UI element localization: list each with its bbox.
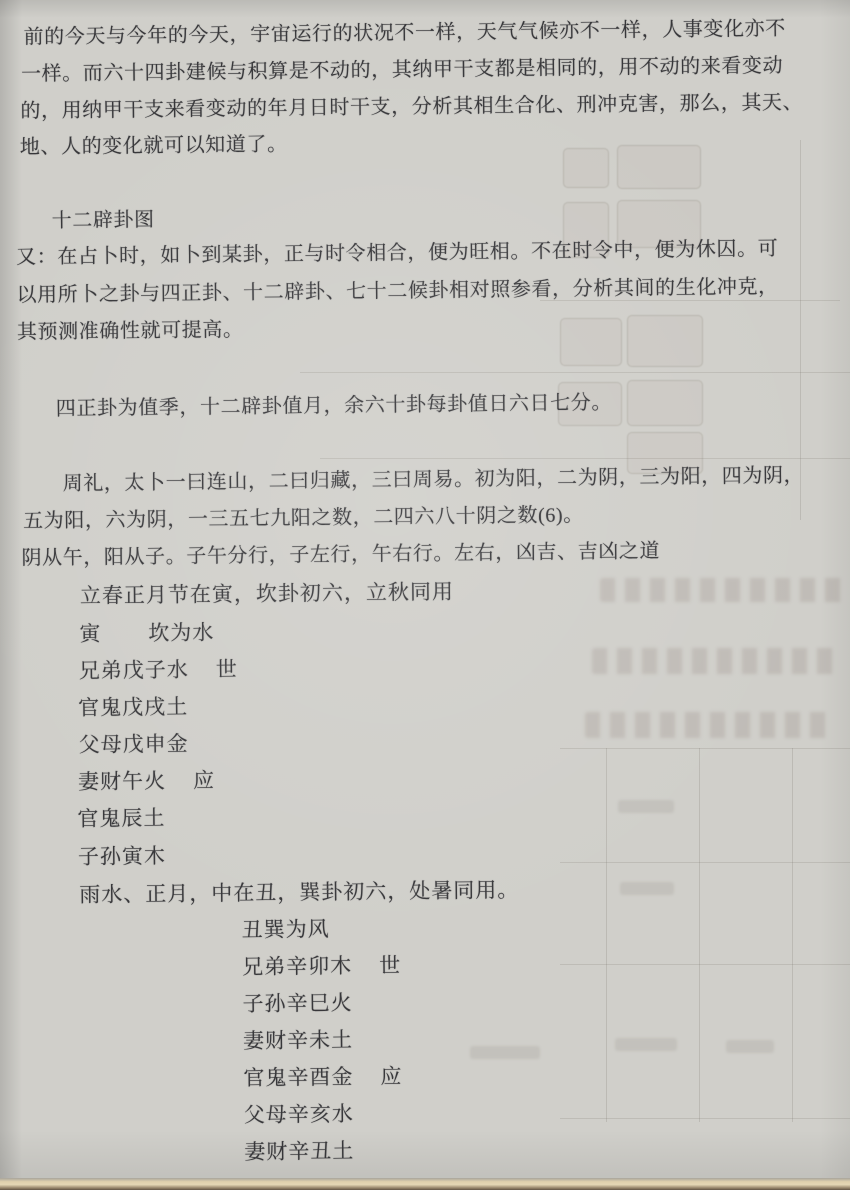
line-text: 子孙辛巳火 — [242, 991, 352, 1016]
line-text: 兄弟戊子水 — [79, 658, 189, 683]
page-bottom-edge — [0, 1178, 850, 1190]
paragraph-line: 一样。而六十四卦建候与积算是不动的，其纳甲干支都是相同的，用不动的来看变动 — [21, 51, 783, 90]
page-text: 前的今天与今年的今天，宇宙运行的状况不一样，天气气候亦不一样，人事变化亦不 一样… — [0, 0, 850, 1190]
paragraph-line: 阴从午，阳从子。子午分行，子左行，午右行。左右，凶吉、吉凶之道 — [21, 536, 660, 573]
hexagram-header: 丑巽为风 — [242, 914, 330, 945]
hexagram-line: 兄弟辛卯木世 — [242, 950, 401, 982]
line-text: 父母辛亥水 — [244, 1102, 354, 1127]
paragraph-line: 四正卦为值季，十二辟卦值月，余六十卦每卦值日六日七分。 — [56, 388, 613, 424]
section-title: 十二辟卦图 — [52, 205, 155, 236]
hexagram-name: 坎为水 — [148, 617, 214, 648]
shi-marker: 世 — [216, 654, 238, 684]
line-text: 妻财辛未土 — [243, 1028, 353, 1053]
hexagram-line: 父母戊申金 — [78, 729, 188, 760]
hexagram-header: 寅坎为水 — [79, 617, 214, 649]
paragraph-line: 五为阳，六为阴，一三五七九阳之数，二四六八十阴之数(6)。 — [23, 500, 584, 536]
line-text: 父母戊申金 — [78, 732, 188, 757]
paragraph-line: 以用所卜之卦与四正卦、十二辟卦、七十二候卦相对照参看，分析其间的生化冲克， — [16, 272, 778, 311]
line-text: 妻财午火 — [78, 769, 166, 794]
hexagram-line: 兄弟戊子水世 — [79, 654, 238, 686]
paragraph-line: 地、人的变化就可以知道了。 — [20, 129, 288, 162]
scanned-book-page: 前的今天与今年的今天，宇宙运行的状况不一样，天气气候亦不一样，人事变化亦不 一样… — [0, 0, 850, 1190]
paragraph-line: 前的今天与今年的今天，宇宙运行的状况不一样，天气气候亦不一样，人事变化亦不 — [23, 14, 785, 53]
paragraph-line: 的，用纳甲干支来看变动的年月日时干支，分析其相生合化、刑冲克害，那么，其天、 — [20, 88, 803, 127]
solar-term-heading: 雨水、正月，中在丑，巽卦初六，处暑同用。 — [79, 875, 519, 910]
solar-term-heading: 立春正月节在寅，坎卦初六，立秋同用 — [80, 577, 454, 611]
line-text: 子孙寅木 — [78, 844, 166, 869]
hexagram-line: 官鬼戊戌土 — [78, 692, 188, 723]
hexagram-line: 官鬼辛酉金应 — [243, 1061, 402, 1093]
hexagram-line: 官鬼辰土 — [77, 803, 165, 834]
ying-marker: 应 — [193, 765, 215, 795]
line-text: 官鬼辰土 — [77, 806, 165, 831]
line-text: 官鬼戊戌土 — [78, 695, 188, 720]
branch-label: 寅 — [79, 622, 101, 646]
line-text: 妻财辛丑土 — [244, 1139, 354, 1164]
hexagram-line: 妻财午火应 — [78, 765, 215, 797]
hexagram-line: 妻财辛丑土 — [244, 1136, 354, 1167]
hexagram-line: 子孙寅木 — [78, 841, 166, 872]
paragraph-line: 又：在占卜时，如卜到某卦，正与时令相合，便为旺相。不在时令中，便为休囚。可 — [16, 234, 778, 273]
hexagram-line: 父母辛亥水 — [244, 1099, 354, 1130]
paragraph-line: 其预测准确性就可提高。 — [17, 315, 244, 348]
shi-marker: 世 — [379, 950, 401, 980]
line-text: 兄弟辛卯木 — [242, 954, 352, 979]
ying-marker: 应 — [380, 1061, 402, 1091]
hexagram-line: 子孙辛巳火 — [242, 988, 352, 1019]
hexagram-line: 妻财辛未土 — [243, 1025, 353, 1056]
line-text: 官鬼辛酉金 — [243, 1065, 353, 1090]
paragraph-line: 周礼，太卜一曰连山，二曰归藏，三曰周易。初为阳，二为阴，三为阳，四为阴， — [62, 461, 804, 499]
